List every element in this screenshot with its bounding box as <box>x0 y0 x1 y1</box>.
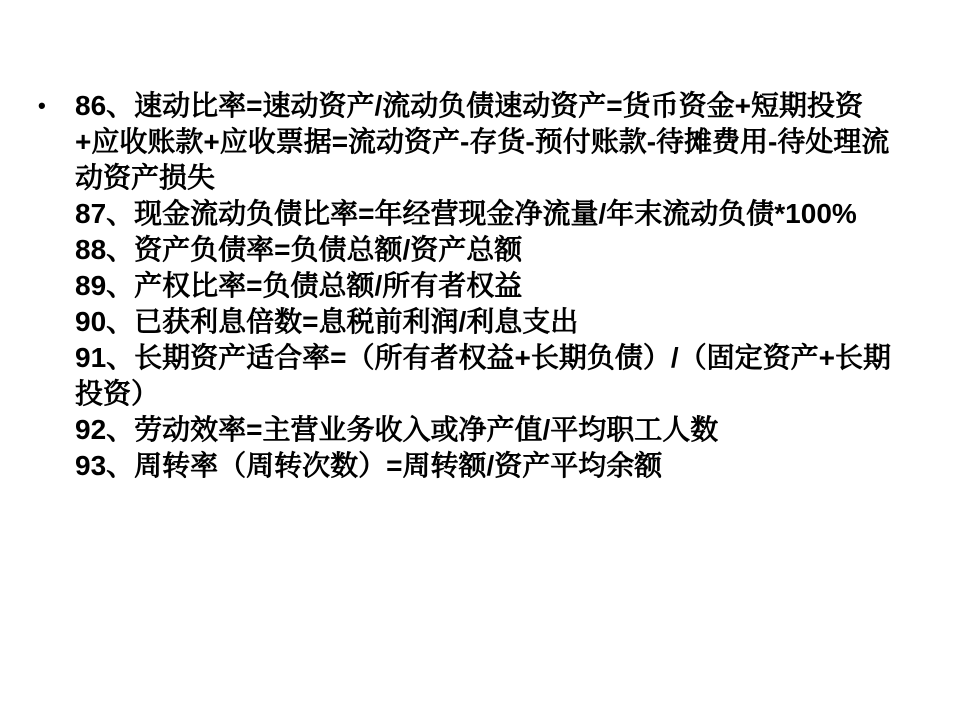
formula-line: 90、已获利息倍数=息税前利润/利息支出 <box>75 304 905 340</box>
formula-line: 93、周转率（周转次数）=周转额/资产平均余额 <box>75 448 905 484</box>
slide-canvas: • 86、速动比率=速动资产/流动负债速动资产=货币资金+短期投资+应收账款+应… <box>0 0 960 720</box>
formula-list: 86、速动比率=速动资产/流动负债速动资产=货币资金+短期投资+应收账款+应收票… <box>75 88 905 484</box>
formula-line: 87、现金流动负债比率=年经营现金净流量/年末流动负债*100% <box>75 196 905 232</box>
formula-line: 89、产权比率=负债总额/所有者权益 <box>75 268 905 304</box>
bullet-marker: • <box>38 88 75 124</box>
formula-line: 88、资产负债率=负债总额/资产总额 <box>75 232 905 268</box>
formula-line: 92、劳动效率=主营业务收入或净产值/平均职工人数 <box>75 412 905 448</box>
formula-line: 91、长期资产适合率=（所有者权益+长期负债）/（固定资产+长期投资） <box>75 340 905 412</box>
bullet-list-item: • 86、速动比率=速动资产/流动负债速动资产=货币资金+短期投资+应收账款+应… <box>38 88 918 484</box>
formula-line: 86、速动比率=速动资产/流动负债速动资产=货币资金+短期投资+应收账款+应收票… <box>75 88 905 196</box>
